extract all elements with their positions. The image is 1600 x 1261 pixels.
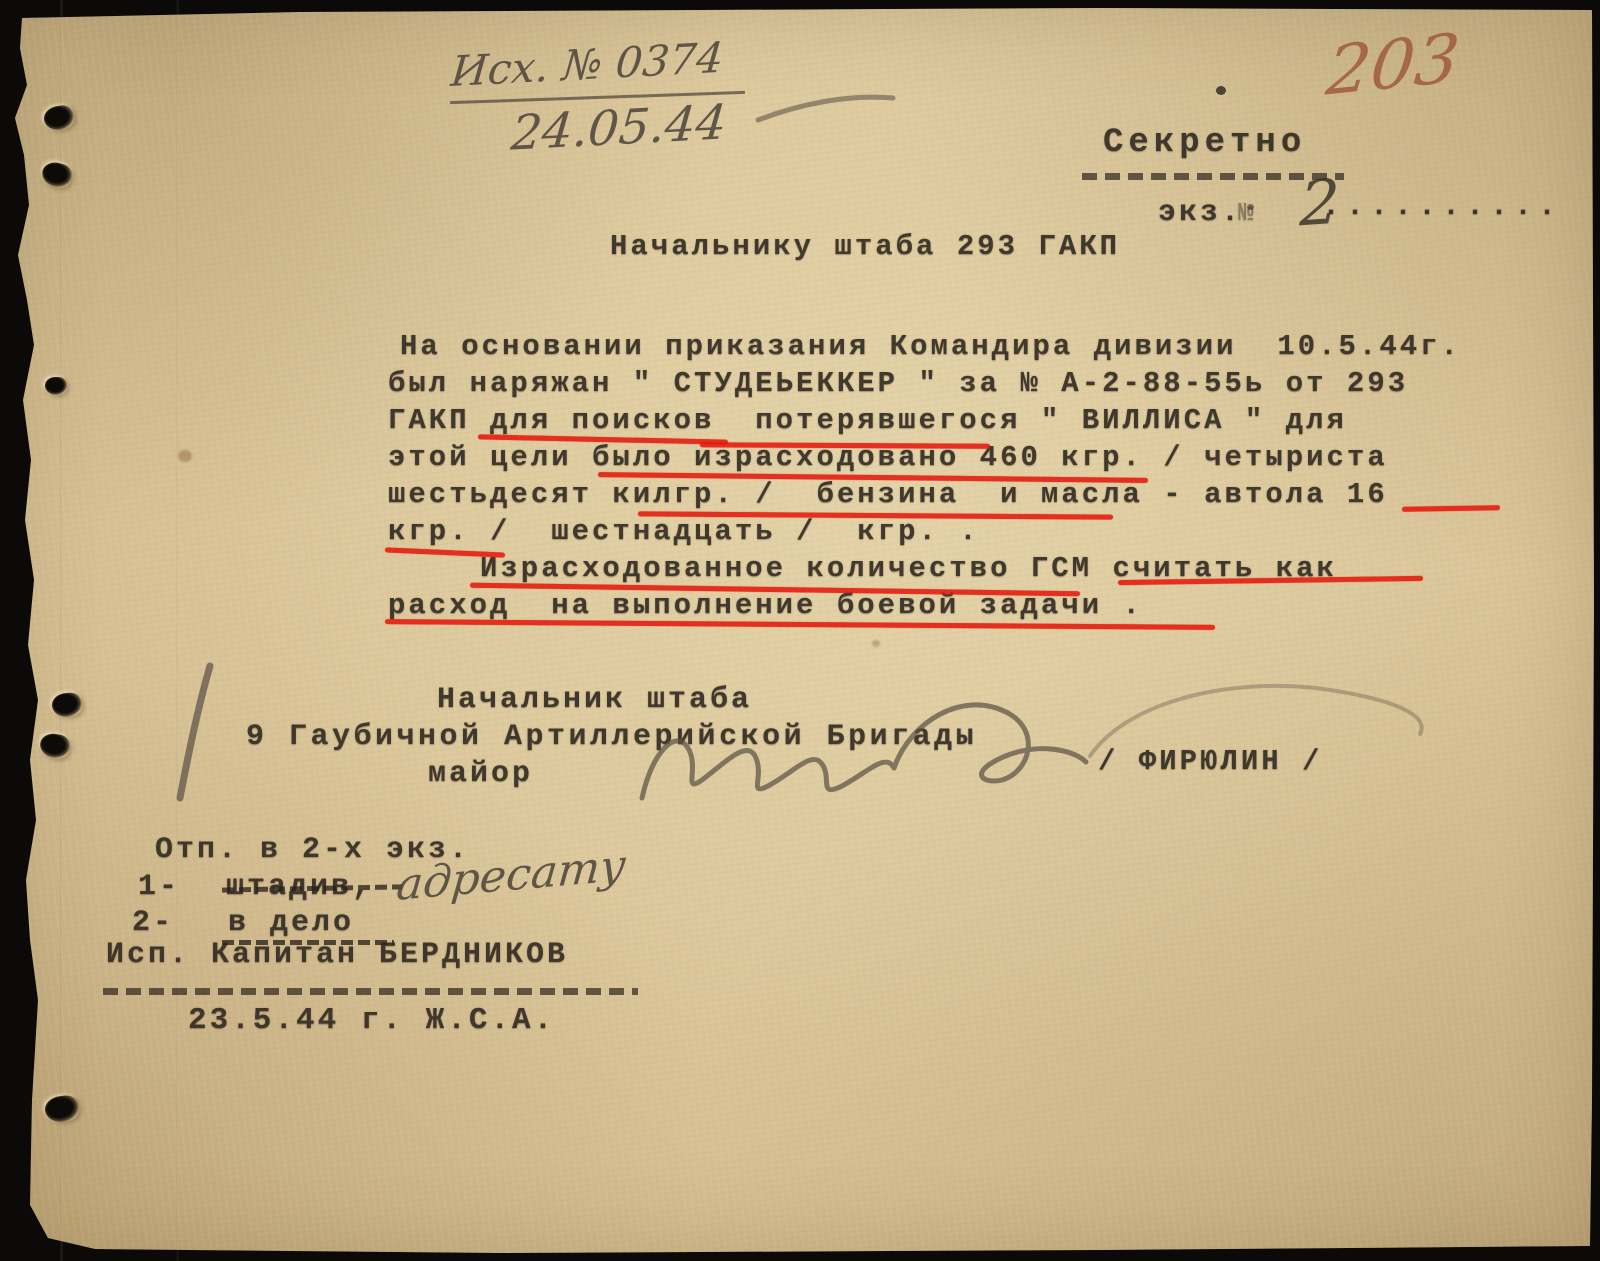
classification-label: Секретно: [1103, 124, 1306, 162]
signature-title-line2: 9 Гаубичной Артиллерийской Бригады: [246, 720, 977, 754]
handwritten-date: 24.05.44: [509, 94, 729, 161]
stain-spot: [872, 640, 880, 647]
signature-name: / ФИРЮЛИН /: [1098, 745, 1322, 778]
handwritten-copy-number: 2: [1299, 165, 1341, 241]
ink-speck: [1216, 86, 1226, 95]
footer-copy1-number: 1-: [138, 870, 180, 904]
addressee-line: Начальнику штаба 293 ГАКП: [610, 230, 1120, 263]
footer-separator: [103, 988, 638, 995]
body-line: На основании приказания Командира дивизи…: [400, 328, 1461, 365]
stain-spot: [178, 450, 192, 462]
body-line: был наряжан " СТУДЕЬЕККЕР " за № А-2-88-…: [388, 365, 1408, 402]
footer-copy2-number: 2-: [132, 906, 174, 940]
signature-rank: майор: [428, 757, 533, 791]
copy-label: экз.: [1158, 196, 1242, 230]
body-line: кгр. / шестнадцать / кгр. .: [388, 513, 980, 550]
scanned-document: { "document": { "handwritten": { "outgoi…: [0, 0, 1600, 1261]
footer-copy2-destination: в дело: [228, 906, 354, 940]
signature-title-line1: Начальник штаба: [437, 683, 752, 717]
footer-date-line: 23.5.44 г. Ж.С.А.: [188, 1003, 555, 1038]
punch-hole: [45, 377, 67, 395]
body-line: шестьдесят килгр. / бензина и масла - ав…: [388, 476, 1388, 513]
footer-executor: Исп. Капитан БЕРДНИКОВ: [106, 938, 568, 972]
copy-dots: ..........: [1322, 190, 1562, 224]
handwritten-page-number: 203: [1323, 19, 1463, 111]
number-sign: №: [1238, 198, 1257, 228]
body-line: ГАКП для поисков потерявшегося " ВИЛЛИСА…: [388, 402, 1347, 439]
